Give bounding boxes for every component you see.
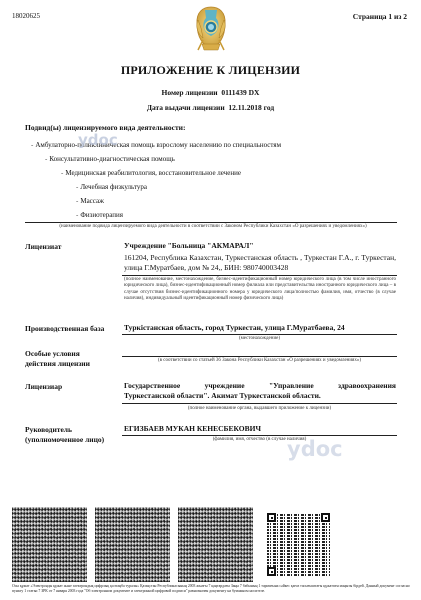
production-base-label: Производственная база: [25, 324, 104, 334]
divider: [122, 275, 397, 276]
subtype-item: -Физиотерапия: [76, 211, 123, 219]
subtypes-caption: (наименование подвида лицензируемого вид…: [28, 224, 398, 230]
barcode-3: [178, 507, 253, 582]
divider: [25, 222, 397, 223]
licensor-value: Государственное учреждение "Управление з…: [124, 381, 396, 401]
kazakhstan-state-emblem-icon: [194, 4, 228, 54]
page-title: ПРИЛОЖЕНИЕ К ЛИЦЕНЗИИ: [0, 63, 421, 78]
divider: [122, 435, 397, 436]
divider: [122, 334, 397, 335]
subtype-item: -Амбулаторно-поликлиническая помощь взро…: [31, 141, 281, 149]
license-number-line: Номер лицензии 0111439 DX: [0, 88, 421, 97]
divider: [122, 403, 397, 404]
qr-finder-icon: [267, 513, 276, 522]
license-number: 0111439 DX: [221, 88, 259, 97]
footer-notice: Осы құжат «Электронды құжат және электро…: [12, 584, 412, 594]
licensee-caption: (полное наименование, местонахождение, б…: [124, 277, 396, 303]
subtype-item: -Лечебная физкультура: [76, 183, 147, 191]
special-conditions-label: Особые условия действия лицензии: [25, 349, 90, 369]
qr-code: [267, 513, 330, 576]
license-date-line: Дата выдачи лицензии 12.11.2018 год: [0, 103, 421, 112]
head-name: ЕГИЗБАЕВ МУКАН КЕНЕСБЕКОВИЧ: [124, 424, 261, 434]
licensor-caption: (полное наименование органа, выдавшего п…: [122, 406, 397, 412]
watermark: ydoc: [78, 131, 118, 149]
head-caption: (фамилия, имя, отчество (в случае наличи…: [122, 437, 397, 443]
licensee-name: Учреждение "Больница "АКМАРАЛ": [124, 241, 253, 251]
qr-finder-icon: [267, 567, 276, 576]
production-base-caption: (местонахождение): [122, 336, 397, 342]
special-conditions-caption: (в соответствии со статьей 36 Закона Рес…: [122, 358, 397, 364]
license-date-label: Дата выдачи лицензии: [147, 103, 225, 112]
licensee-label: Лицензиат: [25, 242, 61, 252]
subtype-item: -Консультативно-диагностическая помощь: [45, 155, 175, 163]
licensor-label: Лицензиар: [25, 382, 62, 392]
subtype-item: -Массаж: [76, 197, 104, 205]
watermark: ydoc: [287, 437, 343, 461]
qr-finder-icon: [321, 513, 330, 522]
subtype-item: -Медицинская реабилитология, восстановит…: [61, 169, 241, 177]
production-base-value: Туркістанская область, город Туркестан, …: [124, 323, 345, 333]
license-number-label: Номер лицензии: [162, 88, 218, 97]
doc-id: 18020625: [12, 12, 40, 20]
divider: [122, 356, 397, 357]
licensee-address: 161204, Республика Казахстан, Туркестанс…: [124, 253, 396, 273]
license-date: 12.11.2018 год: [228, 103, 274, 112]
barcode-2: [95, 507, 170, 582]
barcode-1: [12, 507, 87, 582]
head-label: Руководитель (уполномоченное лицо): [25, 425, 104, 445]
page-number: Страница 1 из 2: [353, 12, 407, 21]
